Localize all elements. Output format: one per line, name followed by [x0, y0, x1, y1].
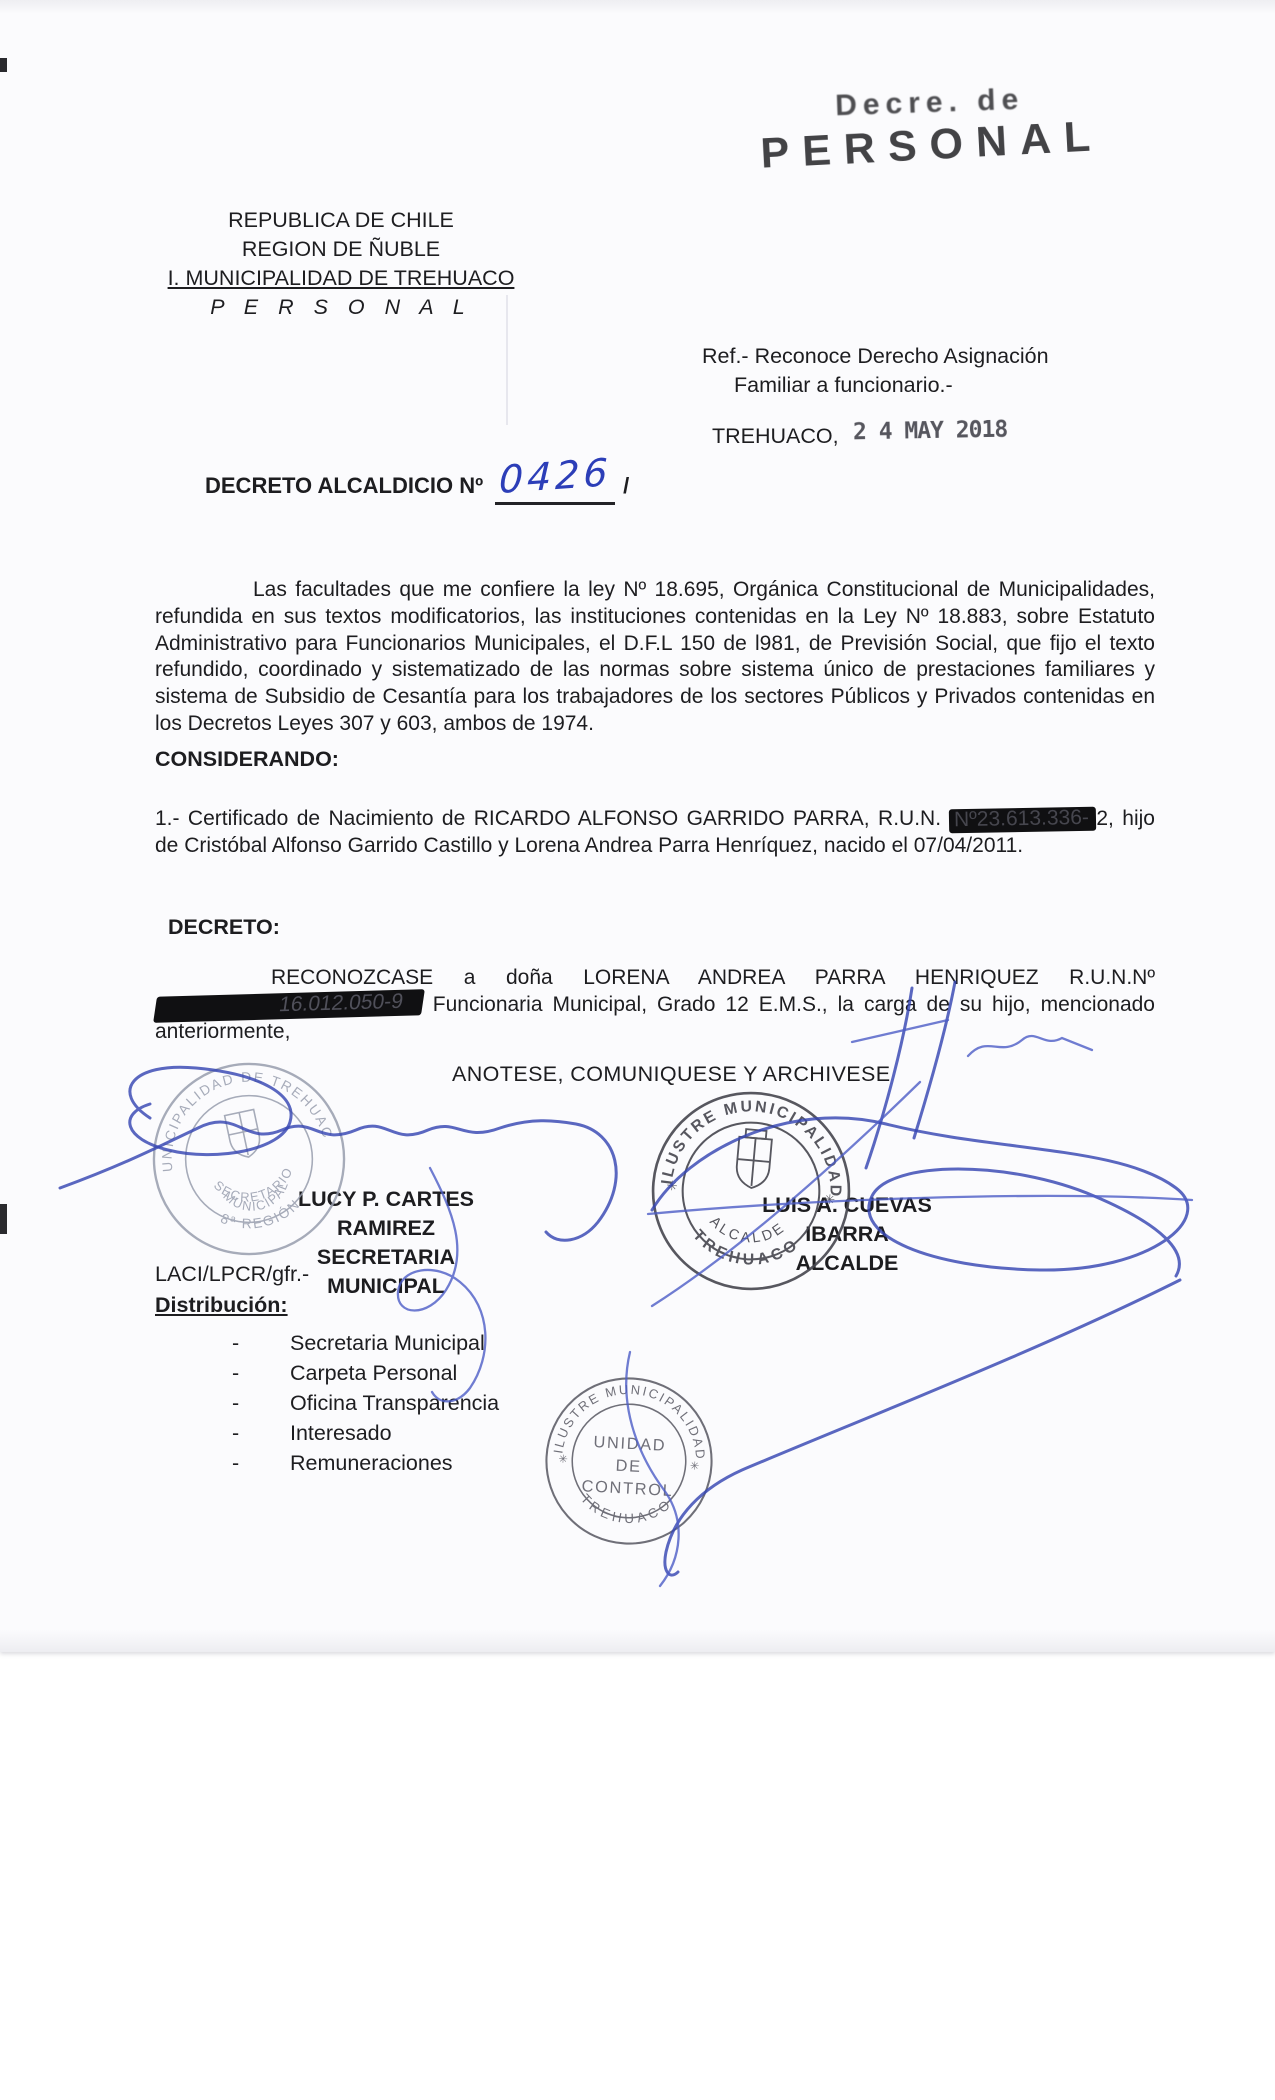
decreto-text-pre: RECONOZCASE a doña LORENA ANDREA PARRA H… [271, 966, 1155, 989]
distribution-item-remuneraciones: Remuneraciones [290, 1451, 453, 1476]
letterhead-region: REGION DE ÑUBLE [166, 235, 516, 264]
bullet-dash: - [232, 1331, 290, 1356]
scan-edge-artifact [0, 1204, 7, 1234]
list-item: -Carpeta Personal [232, 1361, 499, 1386]
decree-label: DECRETO ALCALDICIO Nº [205, 473, 483, 498]
decreto-heading: DECRETO: [168, 915, 280, 940]
date-stamp: 2 4 MAY 2018 [853, 417, 1008, 446]
list-item: -Secretaria Municipal [232, 1331, 499, 1356]
mayor-name: LUIS A. CUEVAS IBARRA [724, 1191, 970, 1249]
letterhead-country: REPUBLICA DE CHILE [166, 206, 516, 235]
handwritten-decree-number: 0426 [498, 450, 612, 502]
considerando-item: 1.- Certificado de Nacimiento de RICARDO… [155, 806, 1155, 860]
decree-number-line: DECRETO ALCALDICIO Nº0426/ [205, 458, 629, 505]
distribution-item-carpeta: Carpeta Personal [290, 1361, 457, 1386]
bullet-dash: - [232, 1361, 290, 1386]
closing-order-line: ANOTESE, COMUNIQUESE Y ARCHIVESE [452, 1062, 891, 1087]
letterhead: REPUBLICA DE CHILE REGION DE ÑUBLE I. MU… [166, 206, 516, 322]
drafting-initials: LACI/LPCR/gfr.- [155, 1262, 309, 1287]
distribution-list: -Secretaria Municipal -Carpeta Personal … [232, 1331, 499, 1481]
preamble-paragraph: Las facultades que me confiere la ley Nº… [155, 577, 1155, 738]
secretary-name: LUCY P. CARTES RAMIREZ [258, 1185, 514, 1243]
place-label: TREHUACO, [712, 424, 839, 449]
decree-number-underline: 0426 [495, 458, 615, 505]
decreto-paragraph: RECONOZCASE a doña LORENA ANDREA PARRA H… [155, 965, 1155, 1046]
signature-block-mayor: LUIS A. CUEVAS IBARRA ALCALDE [724, 1191, 970, 1278]
redaction-bar-run-child: Nº23.613.336- [949, 807, 1096, 834]
distribution-item-interesado: Interesado [290, 1421, 392, 1446]
mayor-title: ALCALDE [724, 1249, 970, 1278]
considerando-heading: CONSIDERANDO: [155, 747, 339, 772]
distribution-heading: Distribución: [155, 1293, 288, 1318]
reference-line2: Familiar a funcionario.- [734, 371, 1049, 400]
redaction-bar-run-official: 16.012.050-9 [153, 989, 425, 1023]
reference-line1: Ref.- Reconoce Derecho Asignación [702, 342, 1049, 371]
list-item: -Remuneraciones [232, 1451, 499, 1476]
scan-edge-artifact [0, 58, 7, 72]
distribution-item-secretaria: Secretaria Municipal [290, 1331, 485, 1356]
letterhead-municipality: I. MUNICIPALIDAD DE TREHUACO [166, 264, 516, 293]
list-item: -Interesado [232, 1421, 499, 1446]
reference-block: Ref.- Reconoce Derecho Asignación Famili… [702, 342, 1049, 400]
bullet-dash: - [232, 1451, 290, 1476]
decree-slash: / [623, 473, 629, 498]
bullet-dash: - [232, 1421, 290, 1446]
list-item: -Oficina Transparencia [232, 1391, 499, 1416]
distribution-item-transparencia: Oficina Transparencia [290, 1391, 499, 1416]
letterhead-department: P E R S O N A L [166, 293, 516, 322]
considerando-text-pre: 1.- Certificado de Nacimiento de RICARDO… [155, 807, 949, 830]
bullet-dash: - [232, 1391, 290, 1416]
